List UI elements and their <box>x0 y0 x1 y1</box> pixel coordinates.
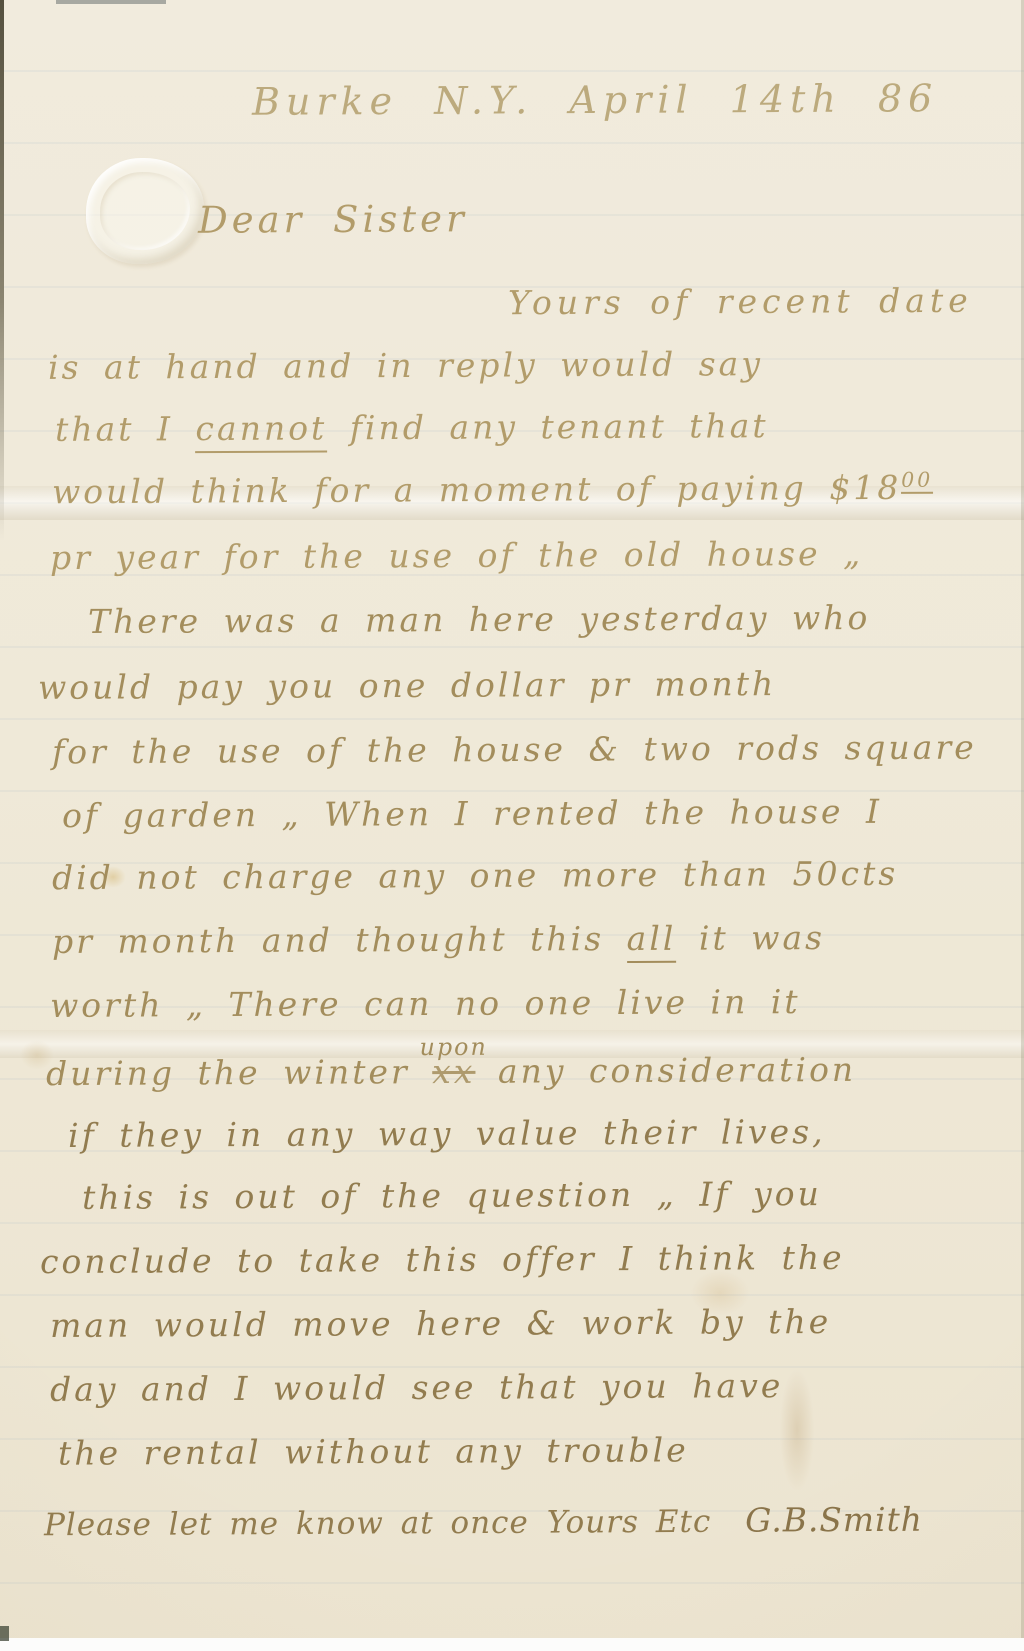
letter-line: would pay you one dollar pr month <box>38 664 776 707</box>
scan-page: { "document": { "type": "handwritten-let… <box>0 0 1024 1651</box>
letter-line: during the winter uponxx any considerati… <box>46 1050 856 1093</box>
letter-line: would think for a moment of paying $1800 <box>52 468 933 512</box>
letter-line: worth „ There can no one live in it <box>50 982 801 1025</box>
letter-line: that I cannot find any tenant that <box>55 406 769 449</box>
letter-line: is at hand and in reply would say <box>48 344 763 387</box>
letter-line: if they in any way value their lives, <box>68 1112 826 1155</box>
letter-line: this is out of the question „ If you <box>82 1174 822 1217</box>
letter-line: the rental without any trouble <box>58 1430 689 1472</box>
dateline: Burke N.Y. April 14th 86 <box>252 76 938 124</box>
struck-word: uponxx <box>432 1052 475 1091</box>
letter-line: conclude to take this offer I think the <box>40 1238 845 1281</box>
letter-line: There was a man here yesterday who <box>88 598 871 641</box>
opening-line: Yours of recent date <box>508 281 973 322</box>
letter-line: of garden „ When I rented the house I <box>62 792 882 835</box>
letter-line: did not charge any one more than 50cts <box>52 854 898 897</box>
salutation: Dear Sister <box>198 197 468 241</box>
letter-line: for the use of the house & two rods squa… <box>52 728 977 772</box>
letter-line: pr month and thought this all it was <box>52 918 825 961</box>
letter-line: pr year for the use of the old house „ <box>50 534 863 577</box>
letter-line: day and I would see that you have <box>50 1366 784 1409</box>
letter-closing-line: Please let me know at onceYours EtcG.B.S… <box>44 1500 923 1544</box>
letter-line: man would move here & work by the <box>50 1302 831 1345</box>
